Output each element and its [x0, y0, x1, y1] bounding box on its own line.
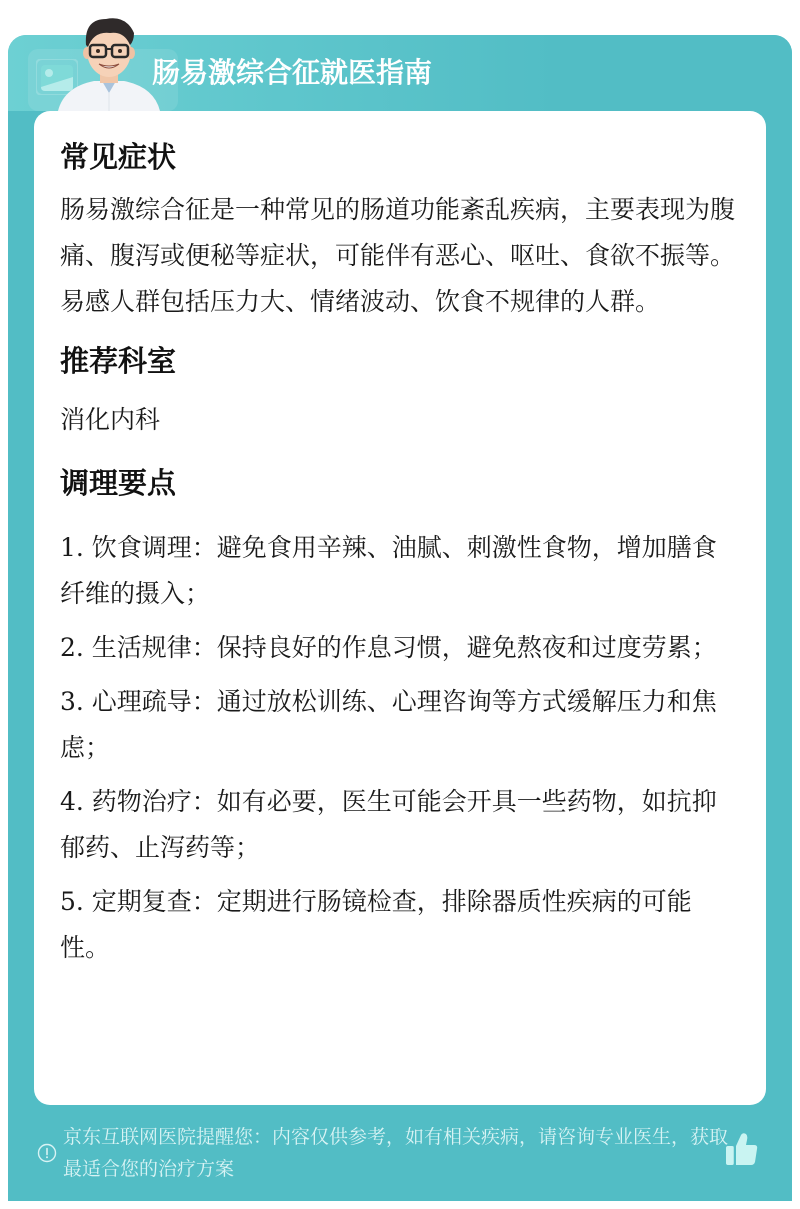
care-item: 3. 心理疏导：通过放松训练、心理咨询等方式缓解压力和焦虑；	[60, 679, 740, 771]
care-item: 2. 生活规律：保持良好的作息习惯，避免熬夜和过度劳累；	[60, 625, 740, 671]
care-item: 4. 药物治疗：如有必要，医生可能会开具一些药物，如抗抑郁药、止泻药等；	[60, 779, 740, 871]
care-item: 1. 饮食调理：避免食用辛辣、油腻、刺激性食物，增加膳食纤维的摄入；	[60, 525, 740, 617]
care-item-text: 生活规律：保持良好的作息习惯，避免熬夜和过度劳累；	[84, 633, 717, 662]
doctor-avatar	[54, 9, 164, 111]
department-text: 消化内科	[60, 397, 740, 443]
thumbs-up-icon[interactable]	[724, 1131, 760, 1167]
symptoms-text: 肠易激综合征是一种常见的肠道功能紊乱疾病，主要表现为腹痛、腹泻或便秘等症状，可能…	[60, 187, 740, 325]
info-icon	[37, 1143, 57, 1163]
department-heading: 推荐科室	[60, 339, 740, 383]
care-item-text: 定期复查：定期进行肠镜检查，排除器质性疾病的可能性。	[60, 887, 692, 962]
disclaimer-text: 京东互联网医院提醒您：内容仅供参考，如有相关疾病，请咨询专业医生，获取最适合您的…	[63, 1121, 733, 1185]
care-item-number: 5.	[60, 887, 84, 916]
guide-card: 肠易激综合征就医指南 常见症状 肠易激综合征是一种常见的肠道功能紊乱疾病，主要表…	[8, 35, 792, 1201]
care-item: 5. 定期复查：定期进行肠镜检查，排除器质性疾病的可能性。	[60, 879, 740, 971]
page-title: 肠易激综合征就医指南	[152, 53, 432, 93]
disclaimer-footer: 京东互联网医院提醒您：内容仅供参考，如有相关疾病，请咨询专业医生，获取最适合您的…	[8, 1115, 792, 1195]
care-item-text: 药物治疗：如有必要，医生可能会开具一些药物，如抗抑郁药、止泻药等；	[60, 787, 717, 862]
content-card: 常见症状 肠易激综合征是一种常见的肠道功能紊乱疾病，主要表现为腹痛、腹泻或便秘等…	[34, 111, 766, 1105]
care-item-text: 心理疏导：通过放松训练、心理咨询等方式缓解压力和焦虑；	[60, 687, 717, 762]
symptoms-heading: 常见症状	[60, 135, 740, 179]
care-item-text: 饮食调理：避免食用辛辣、油腻、刺激性食物，增加膳食纤维的摄入；	[60, 533, 717, 608]
care-item-number: 1.	[60, 533, 84, 562]
care-list: 1. 饮食调理：避免食用辛辣、油腻、刺激性食物，增加膳食纤维的摄入； 2. 生活…	[60, 525, 740, 971]
care-item-number: 3.	[60, 687, 84, 716]
care-item-number: 4.	[60, 787, 84, 816]
care-item-number: 2.	[60, 633, 84, 662]
care-heading: 调理要点	[60, 461, 740, 505]
